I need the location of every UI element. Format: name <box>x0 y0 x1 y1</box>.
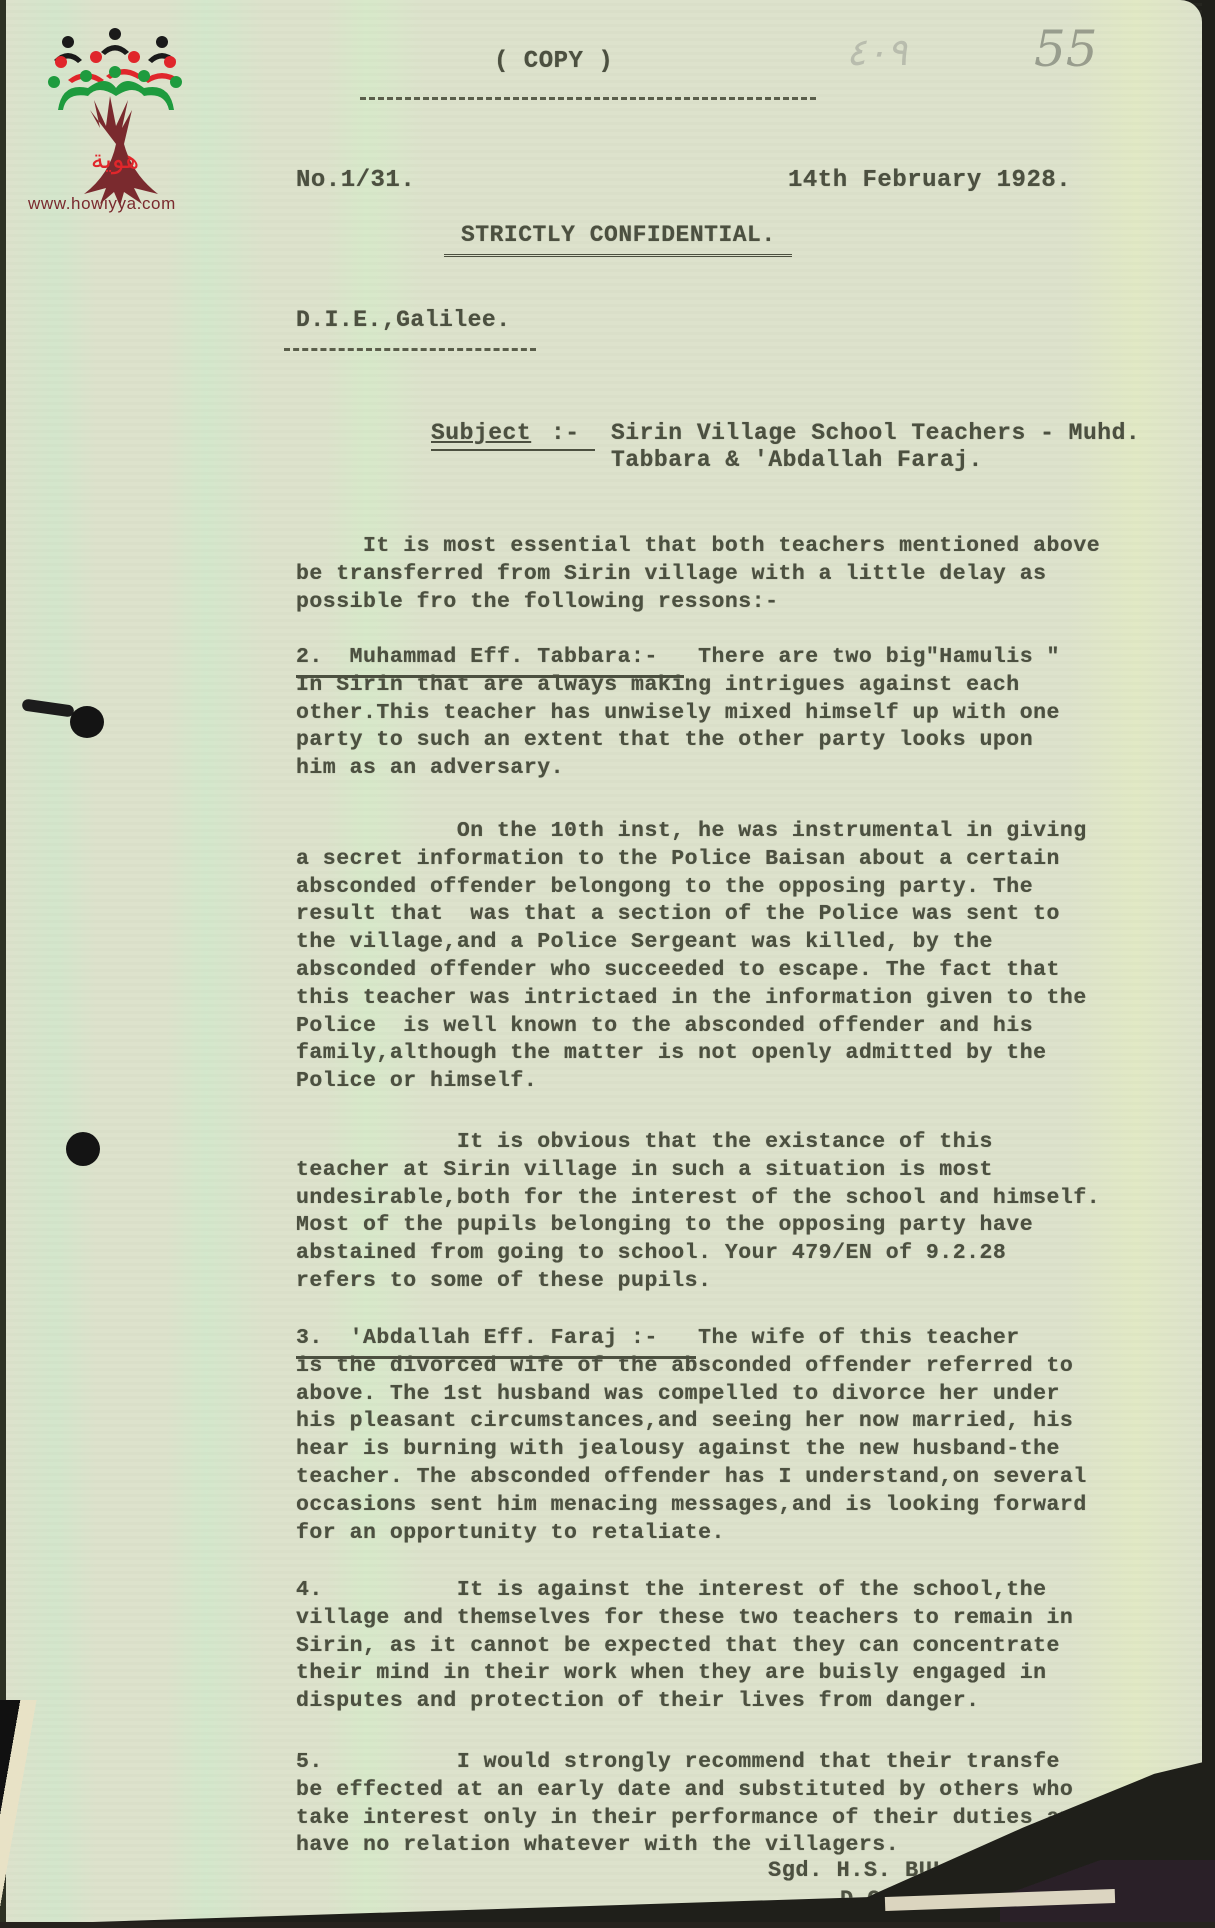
punch-hole-icon <box>66 1132 100 1166</box>
signature-name: Sgd. H.S. BULOS. <box>768 1858 987 1883</box>
subject-line-2: Tabbara & 'Abdallah Faraj. <box>611 447 983 473</box>
page-fold-shadow <box>0 1700 48 1928</box>
svg-text:هوية: هوية <box>91 145 139 175</box>
document-date: 14th February 1928. <box>788 167 1071 194</box>
paragraph-police-incident: On the 10th inst, he was instrumental in… <box>296 818 1087 1096</box>
classification-heading: STRICTLY CONFIDENTIAL. <box>461 222 776 248</box>
addressee-dash-rule <box>284 348 536 351</box>
copy-mark: ( COPY ) <box>494 48 613 75</box>
punch-hole-icon <box>70 706 104 738</box>
reference-number: No.1/31. <box>296 167 415 194</box>
subject-label: Subject <box>431 420 531 446</box>
ink-smear <box>21 698 74 717</box>
document-page: هوية www.howiyya.com ( COPY ) ٤٠٩ 55 No.… <box>6 0 1202 1924</box>
classification-underline <box>444 254 792 257</box>
howiyya-logo-icon: هوية <box>28 20 198 220</box>
subject-separator: :- <box>551 420 580 446</box>
paragraph-4-interest: 4. It is against the interest of the sch… <box>296 1577 1073 1716</box>
faint-folio-number: ٤٠٩ <box>846 30 907 74</box>
paragraph-3-heading-underline <box>296 1356 696 1359</box>
paragraph-intro: It is most essential that both teachers … <box>296 533 1100 616</box>
addressee: D.I.E.,Galilee. <box>296 307 511 333</box>
folio-number: 55 <box>1034 20 1098 78</box>
paragraph-5-recommendation: 5. I would strongly recommend that their… <box>296 1749 1087 1860</box>
paragraph-undesirable: It is obvious that the existance of this… <box>296 1129 1100 1296</box>
watermark-url: www.howiyya.com <box>28 194 176 214</box>
scan-left-edge <box>0 0 6 1928</box>
copy-dash-rule <box>360 97 816 100</box>
paragraph-2-tabbara: 2. Muhammad Eff. Tabbara:- There are two… <box>296 644 1060 783</box>
paragraph-2-heading-underline <box>296 675 684 678</box>
scan-bottom-edge <box>0 1922 1215 1928</box>
subject-underline <box>431 449 595 451</box>
subject-line-1: Sirin Village School Teachers - Muhd. <box>611 420 1140 446</box>
